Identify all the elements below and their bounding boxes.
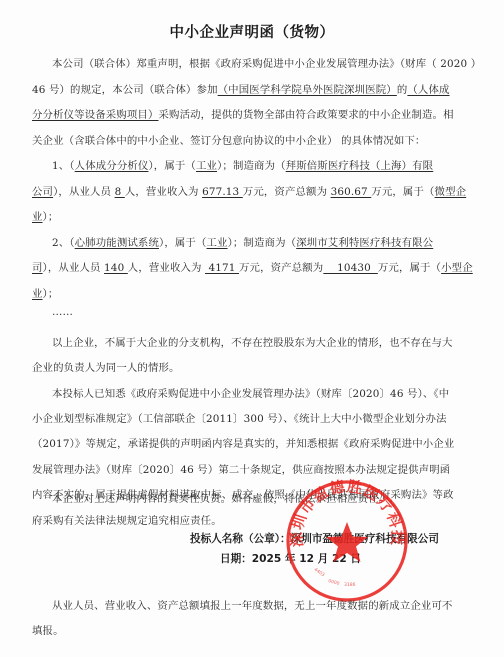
item-revenue: 677.13: [202, 186, 243, 198]
text: 人，营业收入为: [128, 262, 205, 274]
project-name-part-1: （人体成: [407, 84, 449, 96]
paragraph-3-line-3: （2017）》等规定，承诺提供的声明函内容是真实的，并知悉根据《政府采购促进中小…: [32, 437, 472, 451]
text: ），从业人员: [53, 186, 115, 198]
item-employees: 8: [115, 186, 125, 198]
paragraph-2-line-1: 以上企业，不属于大企业的分支机构，不存在控股股东为大企业的情形，也不存在与大: [52, 336, 472, 350]
item-manufacturer: 深圳市艾利特医疗科技有限公: [296, 237, 433, 249]
paragraph-1-line-4: 关企业（含联合体中的中小企业、签订分包意向协议的中小企业） 的具体情况如下：: [32, 134, 472, 148]
paragraph-1-line-1: 本公司（联合体）郑重声明，根据《政府采购促进中小企业发展管理办法》（财库（ 20…: [52, 57, 472, 71]
document-page: 中小企业声明函（货物） 本公司（联合体）郑重声明，根据《政府采购促进中小企业发展…: [0, 0, 504, 657]
page-title: 中小企业声明函（货物）: [0, 21, 504, 42]
item-assets: 360.67: [331, 186, 372, 198]
bidder-label: 投标人名称（公章）：: [190, 533, 291, 545]
paragraph-1-line-2: 46 号）的规定，本公司（联合体）参加（中国医学科学院阜外医院深圳医院）的（人体…: [32, 83, 472, 97]
item-1-line-2: 公司），从业人员 8 人，营业收入为 677.13 万元，资产总额为 360.6…: [32, 185, 472, 199]
item-2-line-2: 司），从业人员 140 人，营业收入为 4171 万元，资产总额为 10430 …: [32, 261, 472, 275]
item-enterprise-type: 业: [32, 211, 43, 223]
item-2-line-1: 2、（心肺功能测试系统），属于（工业）；制造商为（深圳市艾利特医疗科技有限公: [52, 236, 472, 250]
svg-text:0000: 0000: [327, 578, 340, 587]
footnote-line-2: 填报。: [32, 624, 472, 638]
text: ），属于（: [159, 237, 207, 249]
item-manufacturer: 公司: [32, 186, 53, 198]
item-2-line-3: 业）；: [32, 287, 472, 301]
project-name-part-2: 分分析仪等设备采购项目）: [32, 109, 159, 121]
ellipsis: ……: [52, 305, 472, 319]
text: 的: [397, 84, 408, 96]
text: 万元，属于（: [371, 186, 434, 198]
item-index: 1、（: [52, 160, 75, 172]
text: 46 号）的规定，本公司（联合体）参加: [32, 84, 218, 96]
signature-date-line: 日期：2025 年 12 月 22 日: [220, 551, 361, 566]
item-industry: 工业: [207, 237, 228, 249]
text: ），从业人员: [43, 262, 105, 274]
svg-text:4403: 4403: [313, 567, 326, 579]
item-1-line-1: 1、（人体成分分析仪），属于（工业）；制造商为（拜斯倍斯医疗科技（上海）有限: [52, 159, 472, 173]
paragraph-3-line-6: 府采购有关法律法规规定追究相应责任。: [32, 514, 472, 528]
bidder-company: 深圳市盈德胜医疗科技有限公司: [291, 533, 439, 545]
paragraph-3-line-2: 小企业划型标准规定》（工信部联企〔2011〕300 号）、《统计上大中小微型企业…: [32, 412, 472, 426]
text: ）；: [43, 288, 59, 300]
item-manufacturer: 拜斯倍斯医疗科技（上海）有限: [286, 160, 434, 172]
text: 采购活动，提供的货物全部由符合政策要求的中小企业制造。相: [159, 109, 454, 121]
text: 万元，属于（: [378, 262, 441, 274]
paragraph-3-line-4: 发展管理办法》（财库〔2020〕46 号）第二十条规定，供应商按照本办法规定提供…: [32, 463, 472, 477]
text: ）；制造商为（: [228, 237, 297, 249]
paragraph-4: 本企业对上述声明内容的真实性负责。如有虚假，将依法承担相应责任。: [52, 492, 472, 506]
item-employees: 140: [104, 262, 128, 274]
text: 万元，资产总额为: [239, 262, 323, 274]
footnote-line-1: 从业人员、营业收入、资产总额填报上一年度数据，无上一年度数据的新成立企业可不: [52, 599, 472, 613]
item-product: 心肺功能测试系统: [75, 237, 159, 249]
item-enterprise-type: 业: [32, 288, 43, 300]
item-industry: 工业: [196, 160, 217, 172]
paragraph-3-line-1: 本投标人已知悉《政府采购促进中小企业发展管理办法》（财库〔2020〕46 号）、…: [52, 387, 472, 401]
text: ）；: [43, 211, 59, 223]
date-label: 日期：: [220, 553, 252, 565]
item-1-line-3: 业）；: [32, 210, 472, 224]
text: 万元，资产总额为: [243, 186, 331, 198]
item-enterprise-type: 小型企: [441, 262, 473, 274]
date-value: 2025 年 12 月 22 日: [252, 553, 361, 565]
text: ）；制造商为（: [217, 160, 286, 172]
item-enterprise-type: 微型企: [435, 186, 467, 198]
paragraph-2-line-2: 企业的负责人为同一人的情形。: [32, 361, 472, 375]
svg-text:3186: 3186: [344, 582, 356, 588]
item-index: 2、（: [52, 237, 75, 249]
item-assets: 10430: [323, 262, 378, 274]
text: 人，营业收入为: [125, 186, 202, 198]
text: ），属于（: [148, 160, 196, 172]
purchaser-name: （中国医学科学院阜外医院深圳医院）: [218, 84, 397, 96]
paragraph-1-line-3: 分分析仪等设备采购项目）采购活动，提供的货物全部由符合政策要求的中小企业制造。相: [32, 108, 472, 122]
item-product: 人体成分分析仪: [75, 160, 149, 172]
bidder-signature-line: 投标人名称（公章）：深圳市盈德胜医疗科技有限公司: [190, 531, 439, 546]
item-revenue: 4171: [205, 262, 239, 274]
item-manufacturer: 司: [32, 262, 43, 274]
